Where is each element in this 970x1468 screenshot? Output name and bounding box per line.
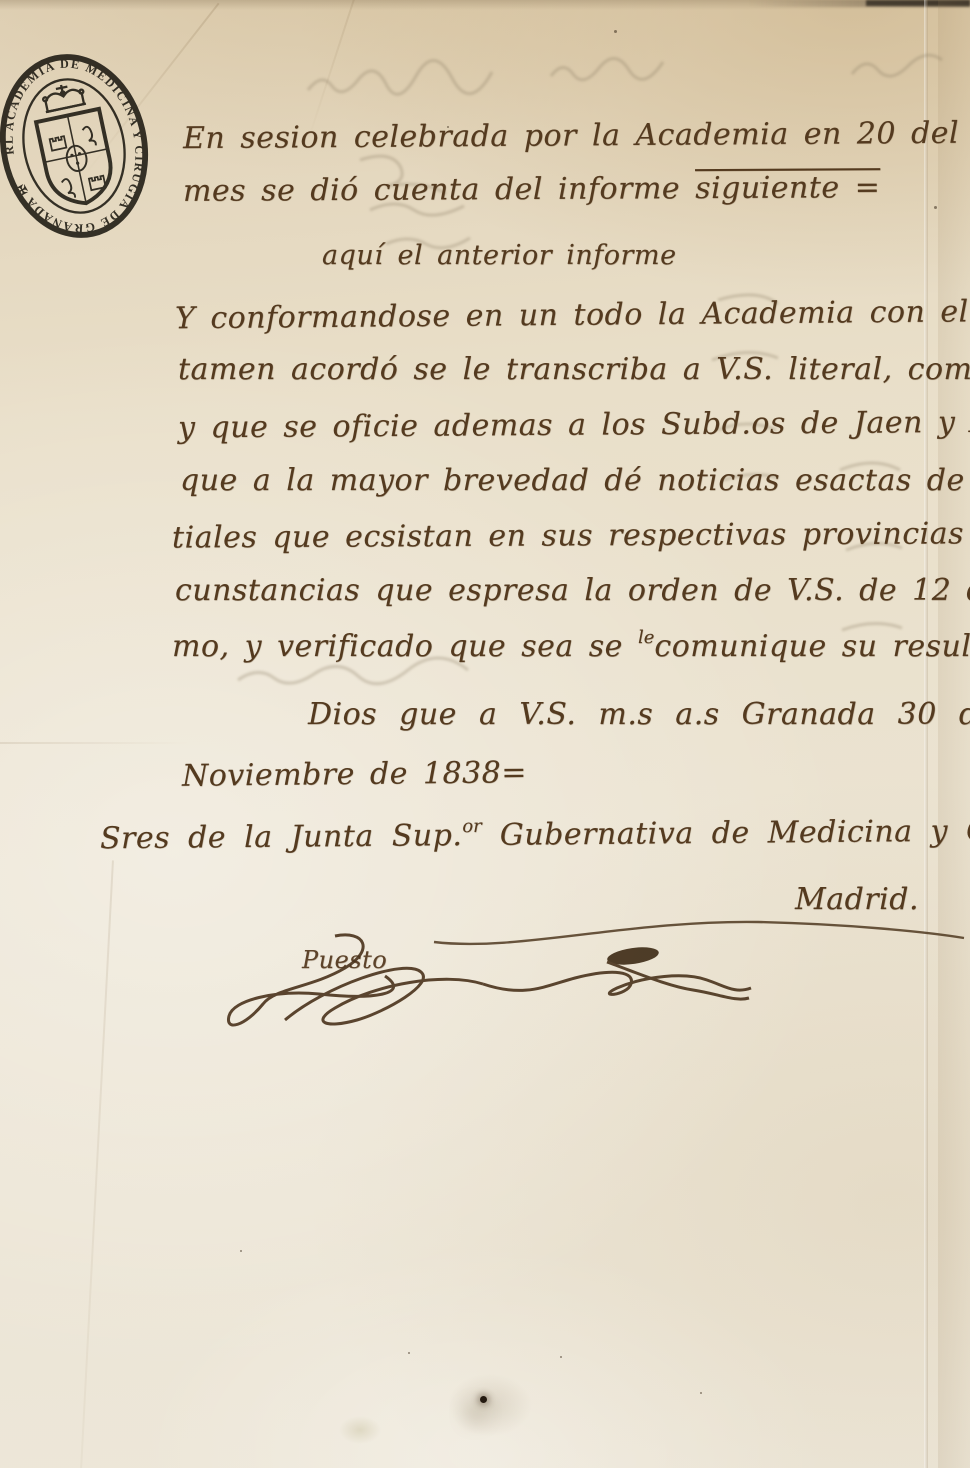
letter-line-centered: aquí el anterior informe: [322, 240, 677, 271]
letter-line: mo, y verificado que sea se lecomunique …: [172, 629, 970, 664]
line-text: tiales que ecsistan en sus respectivas p…: [172, 515, 970, 555]
letter-line: Y conformandose en un todo la Academia c…: [175, 293, 970, 337]
line-text: que a la mayor brevedad dé noticias esac…: [180, 463, 970, 498]
underline-flourish: [428, 912, 970, 954]
paper-crease: [0, 742, 190, 744]
line-text: Noviembre de 1838=: [182, 755, 527, 794]
letter-line: que a la mayor brevedad dé noticias esac…: [180, 463, 970, 498]
line-text: mes se dió cuenta del informe: [183, 171, 695, 209]
bleed-through-mark: [846, 44, 956, 94]
ink-speck: [408, 1352, 410, 1354]
scan-edge-smudge-dark: [866, 0, 970, 6]
signature-name: Puesto: [302, 946, 387, 974]
abbreviation-superscript: or: [462, 816, 482, 837]
academy-seal-stamp: RL ACADEMIA DE MEDICINA Y CIRUGIA DE GRA…: [0, 34, 171, 258]
ink-speck: [560, 1356, 562, 1358]
letter-line: En sesion celebrada por la Academia en 2…: [183, 115, 970, 156]
line-text: Madrid.: [795, 882, 919, 917]
ink-blot-hole: [480, 1396, 487, 1403]
line-text: Sres de la Junta Sup.: [100, 818, 463, 856]
bleed-through-mark: [300, 52, 530, 112]
letter-line: cunstancias que espresa la orden de V.S.…: [175, 573, 970, 608]
paper-edge-shadow: [938, 0, 970, 1468]
paper-stain: [330, 1410, 390, 1450]
line-text: tamen acordó se le transcriba a V.S. lit…: [178, 352, 970, 387]
letter-line: tiales que ecsistan en sus respectivas p…: [172, 515, 970, 555]
ink-speck: [447, 126, 449, 128]
line-text: cunstancias que espresa la orden de V.S.…: [175, 573, 970, 608]
line-text: Y conformandose en un todo la Academia c…: [175, 293, 970, 337]
signature-text: Puesto: [302, 946, 387, 974]
paper-crease: [924, 0, 928, 1468]
letter-line: mes se dió cuenta del informe siguiente …: [183, 170, 880, 209]
line-text: Dios gue a V.S. m.s a.s Granada 30 de: [308, 697, 970, 732]
shield-icon: [36, 109, 118, 210]
ink-speck: [934, 206, 937, 209]
paper-stain: [430, 1360, 550, 1450]
letter-line: y que se oficie ademas a los Subd.os de …: [178, 404, 970, 446]
ink-speck: [760, 182, 762, 184]
line-text: mo, y verificado que sea se: [172, 629, 638, 664]
line-text: Gubernativa de Medicina y Cirugia: [482, 813, 970, 853]
ink-speck: [614, 30, 617, 33]
letter-line-date: Noviembre de 1838=: [182, 755, 527, 794]
letter-line-city: Madrid.: [795, 882, 919, 917]
ink-speck: [240, 1250, 242, 1252]
signature-rubric: [215, 928, 760, 1063]
paper-crease: [80, 860, 114, 1468]
letter-line-addressee: Sres de la Junta Sup.or Gubernativa de M…: [100, 813, 970, 857]
ink-speck: [700, 1392, 702, 1394]
line-text: comunique su resultado.: [654, 629, 970, 664]
line-text: En sesion celebrada por la Academia en 2…: [183, 115, 970, 156]
line-text-overlined: siguiente =: [695, 170, 880, 206]
bleed-through-mark: [545, 46, 685, 96]
line-text: y que se oficie ademas a los Subd.os de …: [178, 404, 970, 446]
inserted-superscript: le: [638, 627, 654, 648]
letter-line: tamen acordó se le transcriba a V.S. lit…: [178, 352, 970, 387]
letter-line-valediction: Dios gue a V.S. m.s a.s Granada 30 de: [308, 697, 970, 732]
line-text: aquí el anterior informe: [322, 240, 677, 271]
manuscript-page: RL ACADEMIA DE MEDICINA Y CIRUGIA DE GRA…: [0, 0, 970, 1468]
